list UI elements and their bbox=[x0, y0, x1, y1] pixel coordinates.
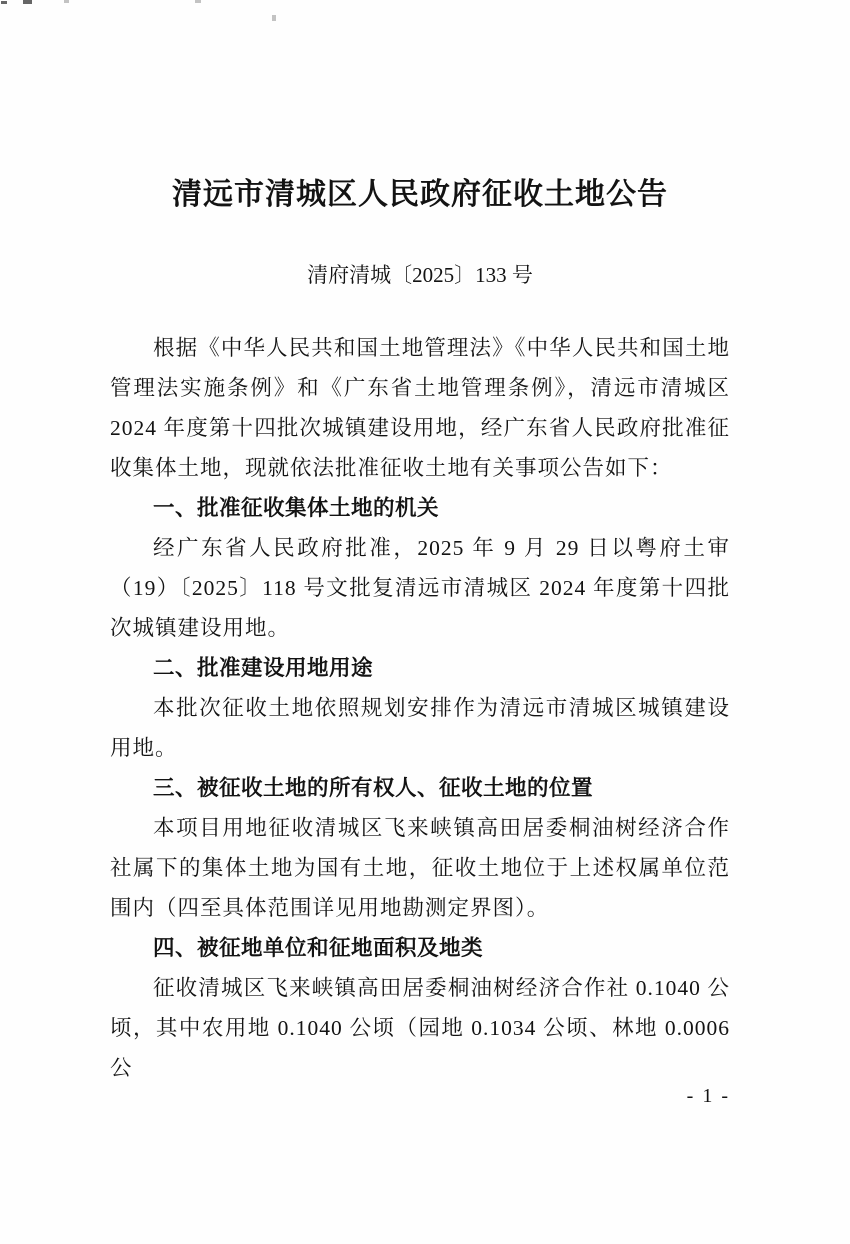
document-page: 清远市清城区人民政府征收土地公告 清府清城〔2025〕133 号 根据《中华人民… bbox=[0, 0, 850, 1244]
section-3-paragraph: 本项目用地征收清城区飞来峡镇高田居委桐油树经济合作社属下的集体土地为国有土地，征… bbox=[110, 808, 730, 928]
document-title: 清远市清城区人民政府征收土地公告 bbox=[110, 176, 730, 214]
section-2-paragraph: 本批次征收土地依照规划安排作为清远市清城区城镇建设用地。 bbox=[110, 688, 730, 768]
section-2-heading: 二、批准建设用地用途 bbox=[110, 648, 730, 688]
document-body: 根据《中华人民共和国土地管理法》《中华人民共和国土地管理法实施条例》和《广东省土… bbox=[110, 328, 730, 1088]
scan-artifact bbox=[64, 0, 69, 3]
page-number: - 1 - bbox=[110, 1083, 730, 1109]
section-1-heading: 一、批准征收集体土地的机关 bbox=[110, 488, 730, 528]
section-3-heading: 三、被征收土地的所有权人、征收土地的位置 bbox=[110, 768, 730, 808]
scan-artifact bbox=[23, 0, 32, 4]
scan-artifact bbox=[195, 0, 201, 3]
scan-artifact bbox=[272, 15, 276, 21]
section-1-paragraph: 经广东省人民政府批准，2025 年 9 月 29 日以粤府土审（19）〔2025… bbox=[110, 528, 730, 648]
document-number: 清府清城〔2025〕133 号 bbox=[110, 261, 730, 289]
scan-artifact bbox=[1, 1, 7, 4]
intro-paragraph: 根据《中华人民共和国土地管理法》《中华人民共和国土地管理法实施条例》和《广东省土… bbox=[110, 328, 730, 488]
section-4-heading: 四、被征地单位和征地面积及地类 bbox=[110, 928, 730, 968]
section-4-paragraph: 征收清城区飞来峡镇高田居委桐油树经济合作社 0.1040 公顷，其中农用地 0.… bbox=[110, 968, 730, 1088]
